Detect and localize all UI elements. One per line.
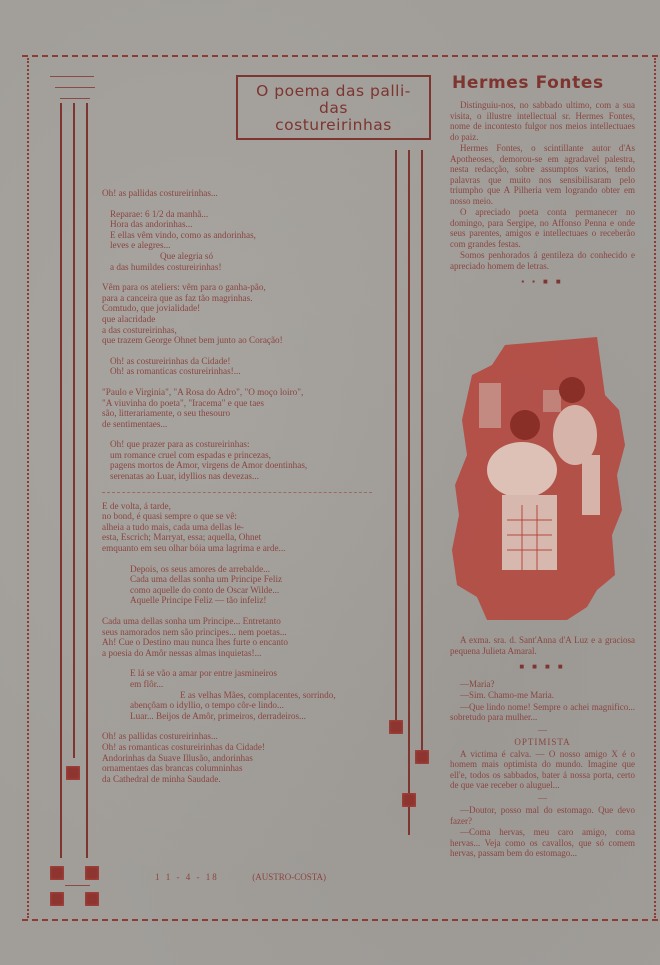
poem-signature: 1 1 - 4 - 18 (AUSTRO-COSTA)	[155, 872, 395, 882]
poem-line: Andorinhas da Suave Illusão, andorinhas	[102, 753, 387, 764]
poem-line: em flôr...	[130, 679, 387, 690]
vertical-rule	[86, 103, 88, 858]
vertical-rule	[408, 150, 410, 835]
poem-line: Comtudo, que jovialidade!	[102, 303, 387, 314]
poem-stanza: E lá se vão a amar por entre jasmineiros…	[102, 668, 387, 721]
poem-line: da Cathedral de minha Saudade.	[102, 774, 387, 785]
poem-author: (AUSTRO-COSTA)	[252, 872, 326, 882]
article-title: Hermes Fontes	[452, 73, 604, 93]
poem-stanza: Vêm para os ateliers: vêm para o ganha-p…	[102, 282, 387, 346]
poem-stanza: E de volta, á tarde,no bond, é quasi sem…	[102, 501, 387, 554]
poem-line: E de volta, á tarde,	[102, 501, 387, 512]
article-paragraph: O apreciado poeta conta permanecer no do…	[450, 207, 635, 249]
poem-title-line: das	[238, 100, 429, 117]
poem-line: Cada uma dellas sonha um Principe... Ent…	[102, 616, 387, 627]
poem-line: a poesia do Amôr nessas almas inquietas!…	[102, 648, 387, 659]
poem-line: um romance cruel com espadas e princezas…	[110, 450, 387, 461]
vertical-rule	[60, 103, 62, 858]
poem-line: E lá se vão a amar por entre jasmineiros	[130, 668, 387, 679]
poem-line: Depois, os seus amores de arrebalde...	[130, 564, 387, 575]
poem-line: a das humildes costureirinhas!	[110, 262, 387, 273]
joke-line: —Que lindo nome! Sempre o achei magnific…	[450, 702, 635, 723]
ornament-square	[85, 892, 99, 906]
poem-line: "Paulo e Virginia", "A Rosa do Adro", "O…	[102, 387, 387, 398]
poem-line: E ellas vêm vindo, como as andorinhas,	[110, 230, 387, 241]
section-ornament: ▪ ▪ ■ ■	[450, 277, 635, 288]
dotted-border-top	[22, 55, 658, 57]
poem-line: abençôam o idyllio, o tempo côr-e lindo.…	[130, 700, 387, 711]
poem-line: Oh! que prazer para as costureirinhas:	[110, 439, 387, 450]
poem-line: Oh! as pallidas costureirinhas...	[102, 188, 387, 199]
poem-stanza: Cada uma dellas sonha um Principe... Ent…	[102, 616, 387, 658]
poem-line: E as velhas Mães, complacentes, sorrindo…	[130, 690, 387, 701]
poem-stanza: "Paulo e Virginia", "A Rosa do Adro", "O…	[102, 387, 387, 429]
poem-line: esta, Escrich; Marryat, essa; aquella, O…	[102, 532, 387, 543]
poem-line: no bond, é quasi sempre o que se vê:	[102, 511, 387, 522]
poem-line: que trazem George Ohnet bem junto ao Cor…	[102, 335, 387, 346]
ornament-square	[50, 866, 64, 880]
poem-line: Oh! as romanticas costureirinhas!...	[110, 366, 387, 377]
ornament-square	[415, 750, 429, 764]
poem-line: leves e alegres...	[110, 240, 387, 251]
poem-line: como aquelle do conto de Oscar Wilde...	[130, 585, 387, 596]
poem-date: 1 1 - 4 - 18	[155, 872, 250, 882]
article-paragraph: Distinguiu-nos, no sabbado ultimo, com a…	[450, 100, 635, 142]
poem-stanza: Oh! as costureirinhas da Cidade!Oh! as r…	[102, 356, 387, 377]
poem-stanza: Reparae: 6 1/2 da manhã...Hora das andor…	[102, 209, 387, 273]
poem-line: "A viuvinha do poeta", "Iracema" e que t…	[102, 398, 387, 409]
portrait-photo	[447, 335, 637, 625]
poem-line: Ah! Cue o Destino mau nunca lhes furte o…	[102, 637, 387, 648]
stanza-divider	[102, 492, 372, 493]
ornament-square	[66, 766, 80, 780]
poem-body: Oh! as pallidas costureirinhas...Reparae…	[102, 188, 387, 794]
poem-line: para a canceira que as faz tão magrinhas…	[102, 293, 387, 304]
poem-line: serenatas ao Luar, idyllios nas devezas.…	[110, 471, 387, 482]
article-paragraph: Somos penhorados á gentileza do conhecid…	[450, 250, 635, 271]
poem-stanza: Depois, os seus amores de arrebalde...Ca…	[102, 564, 387, 606]
joke-line: —Doutor, posso mal do estomago. Que devo…	[450, 805, 635, 826]
joke-line: —Maria?	[450, 679, 635, 690]
poem-line: Luar... Beijos de Amôr, primeiros, derra…	[130, 711, 387, 722]
poem-stanza: Oh! que prazer para as costureirinhas:um…	[102, 439, 387, 481]
joke-line: —Sim. Chamo-me Maria.	[450, 690, 635, 701]
joke-separator: —	[450, 793, 635, 804]
poem-line: Oh! as costureirinhas da Cidade!	[110, 356, 387, 367]
poem-line: Que alegria só	[110, 251, 387, 262]
dotted-border-left	[27, 58, 29, 918]
poem-line: alheia a tudo mais, cada uma dellas le-	[102, 522, 387, 533]
poem-stanza: Oh! as pallidas costureirinhas...	[102, 188, 387, 199]
poem-line: Vêm para os ateliers: vêm para o ganha-p…	[102, 282, 387, 293]
jokes-section: —Maria?—Sim. Chamo-me Maria.—Que lindo n…	[450, 679, 635, 859]
vertical-rule	[73, 103, 75, 758]
article-paragraph: Hermes Fontes, o scintillante autor d'As…	[450, 143, 635, 206]
photo-caption-section: A exma. sra. d. Sant'Anna d'A Luz e a gr…	[450, 635, 635, 860]
vertical-rule	[421, 150, 423, 760]
poem-line: seus namorados nem são principes... nem …	[102, 627, 387, 638]
poem-line: Oh! as romanticas costureirinhas da Cida…	[102, 742, 387, 753]
poem-line: Aquelle Principe Feliz — tão infeliz!	[130, 595, 387, 606]
ornament-square	[402, 793, 416, 807]
poem-stanza: Oh! as pallidas costureirinhas...Oh! as …	[102, 731, 387, 784]
section-ornament: ■ ■ ■ ■	[450, 662, 635, 673]
hermes-article: Distinguiu-nos, no sabbado ultimo, com a…	[450, 100, 635, 294]
poem-line: Hora das andorinhas...	[110, 219, 387, 230]
poem-line: Oh! as pallidas costureirinhas...	[102, 731, 387, 742]
poem-line: a das costureirinhas,	[102, 325, 387, 336]
ornament-rule	[65, 885, 90, 886]
ornament-square	[50, 892, 64, 906]
photo-caption: A exma. sra. d. Sant'Anna d'A Luz e a gr…	[450, 635, 635, 656]
dotted-border-right	[654, 58, 656, 918]
ornament-rule	[60, 98, 90, 99]
poem-line: de sentimentaes...	[102, 419, 387, 430]
joke-line: —Coma hervas, meu caro amigo, coma herva…	[450, 827, 635, 859]
joke-title: OPTIMISTA	[450, 737, 635, 748]
poem-line: que alacridade	[102, 314, 387, 325]
joke-line: A victima é calva. — O nosso amigo X é o…	[450, 749, 635, 791]
ornament-square	[85, 866, 99, 880]
ornament-rule	[50, 76, 94, 77]
vertical-rule	[395, 150, 397, 725]
poem-line: são, litterariamente, o seu thesouro	[102, 408, 387, 419]
ornament-rule	[55, 87, 95, 88]
poem-line: pagens mortos de Amor, virgens de Amor d…	[110, 460, 387, 471]
ornament-square	[389, 720, 403, 734]
poem-title-line: costureirinhas	[238, 117, 429, 134]
poem-line: ornamentaes das brancas columninhas	[102, 763, 387, 774]
poem-title-box: O poema das palli- das costureirinhas	[236, 75, 431, 140]
poem-line: emquanto em seu olhar bóia uma lagrima e…	[102, 543, 387, 554]
dotted-border-bottom	[22, 919, 658, 921]
poem-line: Cada uma dellas sonha um Principe Feliz	[130, 574, 387, 585]
poem-line: Reparae: 6 1/2 da manhã...	[110, 209, 387, 220]
joke-separator: —	[450, 725, 635, 736]
poem-title-line: O poema das palli-	[238, 83, 429, 100]
